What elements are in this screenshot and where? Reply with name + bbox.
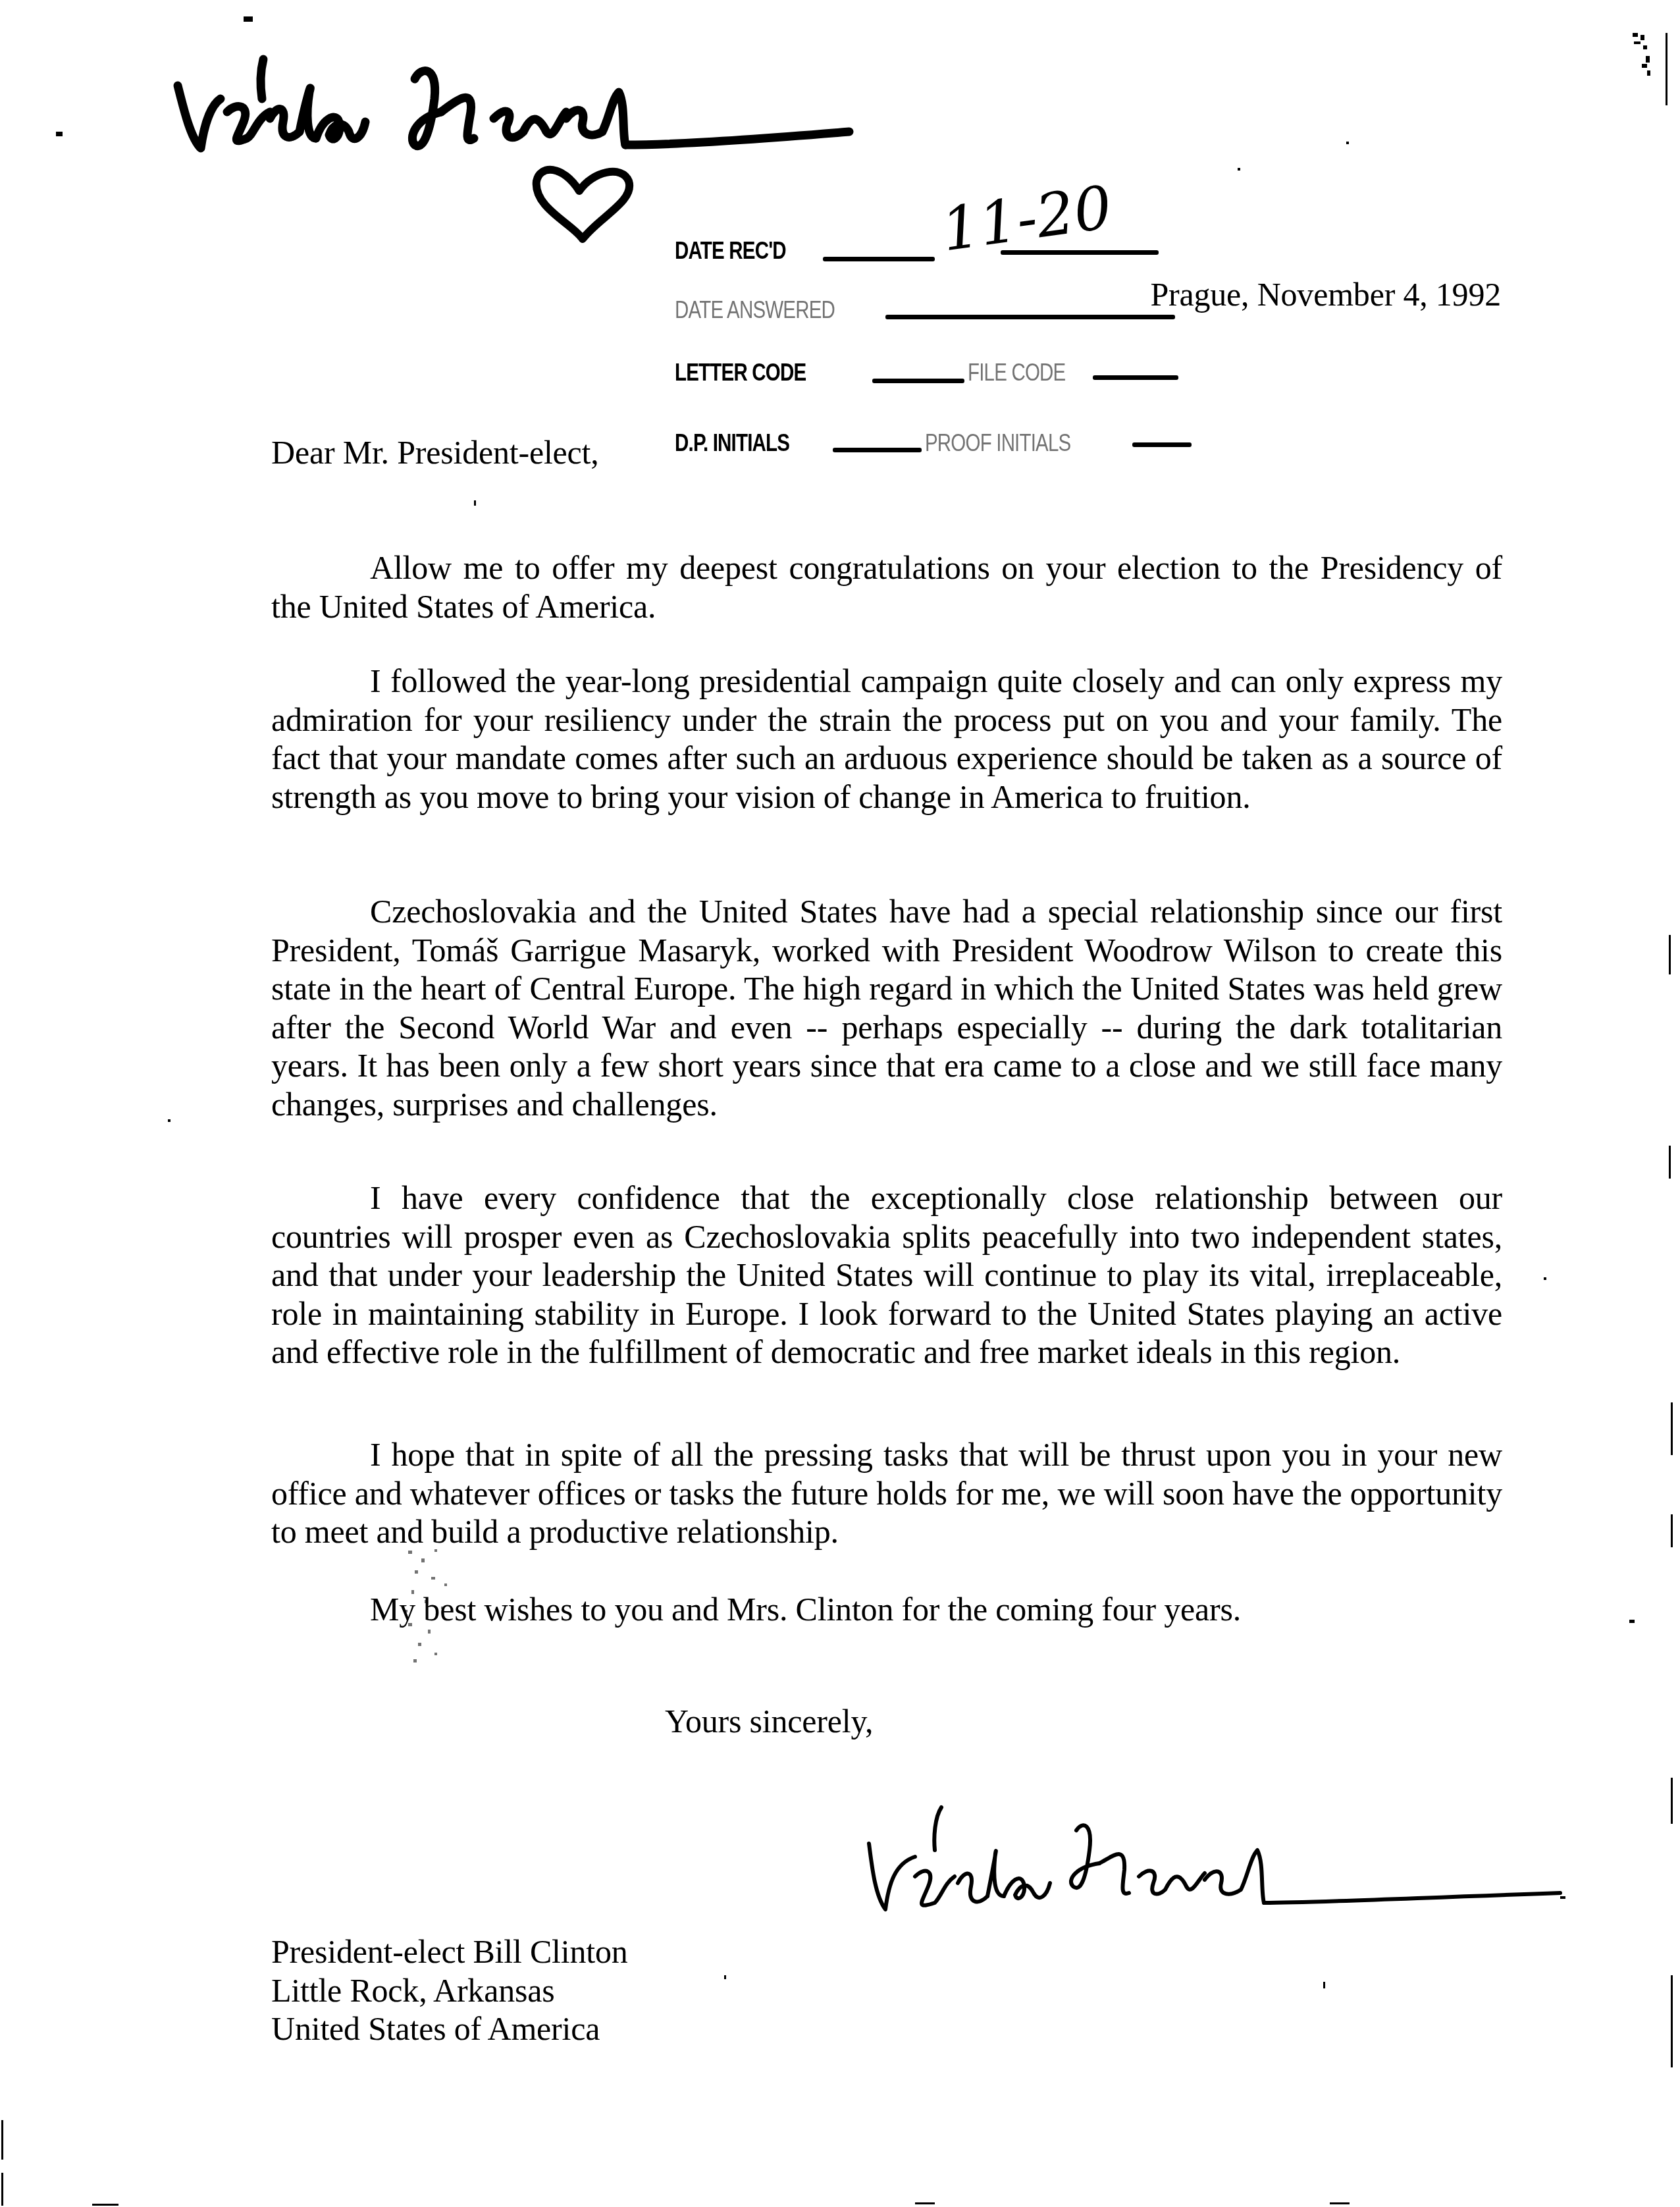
recipient-address: President-elect Bill Clinton Little Rock…	[271, 1932, 628, 2048]
best-wishes-text: My best wishes to you and Mrs. Clinton f…	[370, 1591, 1241, 1628]
paragraph-2-text: I followed the year-long presidential ca…	[271, 662, 1502, 815]
address-line-3: United States of America	[271, 2009, 628, 2048]
closing: Yours sincerely,	[665, 1702, 873, 1741]
paragraph-1-text: Allow me to offer my deepest congratulat…	[271, 549, 1502, 625]
salutation: Dear Mr. President-elect,	[271, 433, 599, 472]
proof-initials-label: PROOF INITIALS	[925, 429, 1070, 457]
place-date: Prague, November 4, 1992	[1119, 275, 1501, 314]
file-code-rule	[1093, 375, 1178, 380]
paragraph-2: I followed the year-long presidential ca…	[271, 662, 1502, 816]
heart-icon	[527, 161, 639, 244]
handwritten-signature-top	[165, 40, 856, 165]
paragraph-3: Czechoslovakia and the United States hav…	[271, 892, 1502, 1123]
address-line-2: Little Rock, Arkansas	[271, 1971, 628, 2010]
date-received-rule	[823, 257, 935, 261]
scan-smudge	[395, 1544, 474, 1669]
paragraph-5: I hope that in spite of all the pressing…	[271, 1435, 1502, 1551]
paragraph-1: Allow me to offer my deepest congratulat…	[271, 548, 1502, 625]
letter-code-label: LETTER CODE	[675, 359, 806, 386]
date-answered-rule	[885, 315, 1175, 319]
file-code-label: FILE CODE	[968, 359, 1065, 386]
letter-code-rule	[872, 379, 964, 383]
paragraph-4-text: I have every confidence that the excepti…	[271, 1179, 1502, 1370]
corner-stamp-noise	[1631, 30, 1658, 82]
dp-initials-label: D.P. INITIALS	[675, 429, 789, 457]
proof-initials-rule	[1132, 442, 1192, 447]
paragraph-5-text: I hope that in spite of all the pressing…	[271, 1436, 1502, 1550]
date-answered-label: DATE ANSWERED	[675, 296, 835, 324]
address-line-1: President-elect Bill Clinton	[271, 1932, 628, 1971]
handwritten-signature-closing	[849, 1804, 1567, 1923]
paragraph-4: I have every confidence that the excepti…	[271, 1179, 1502, 1371]
date-received-label: DATE REC'D	[675, 237, 786, 265]
paragraph-3-text: Czechoslovakia and the United States hav…	[271, 893, 1502, 1123]
dp-initials-rule	[833, 448, 922, 452]
